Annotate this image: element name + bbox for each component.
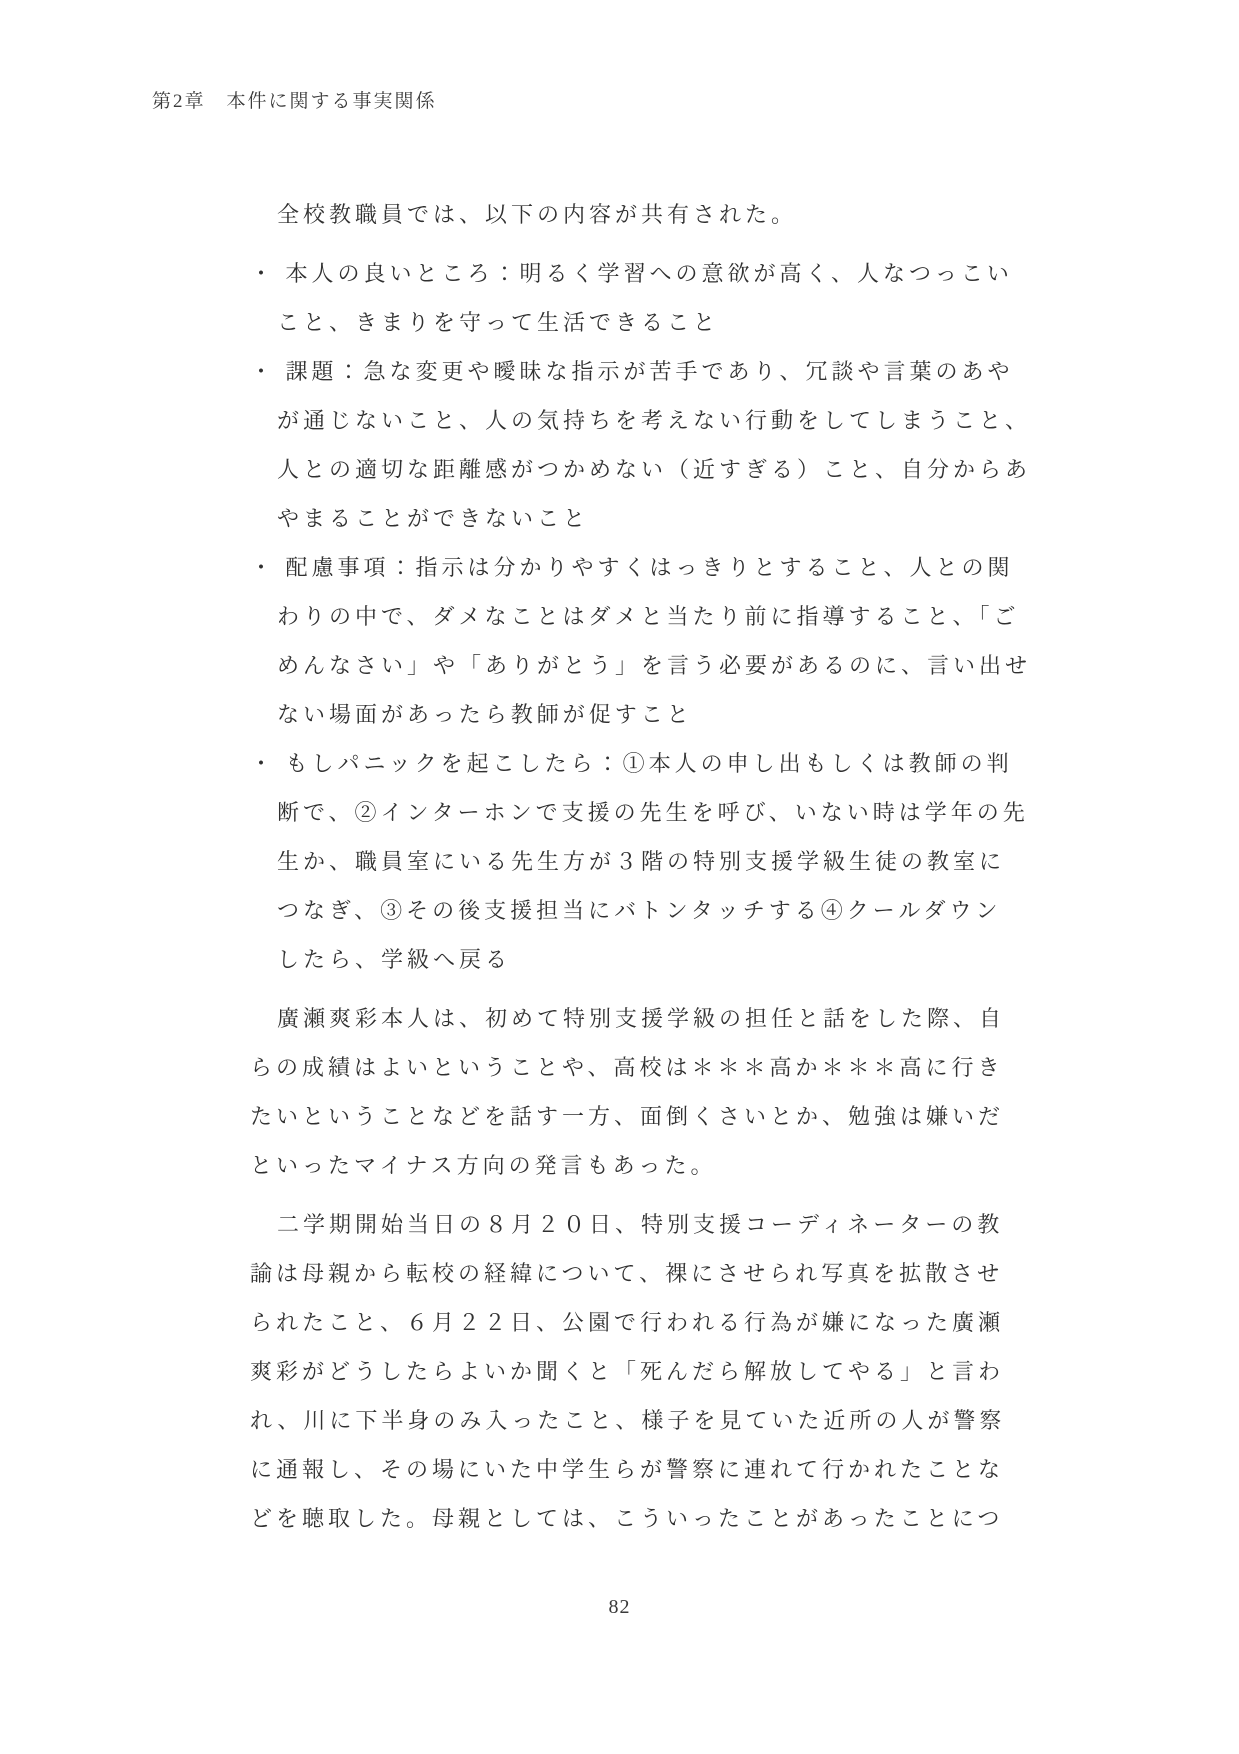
text-line: 爽彩がどうしたらよいか聞くと「死んだら解放してやる」と言わ bbox=[250, 1347, 1025, 1396]
text-line: といったマイナス方向の発言もあった。 bbox=[250, 1141, 1025, 1190]
bullet-item-line: したら、学級へ戻る bbox=[277, 935, 1025, 984]
body-text: 全校教職員では、以下の内容が共有された。 ・ 本人の良いところ：明るく学習への意… bbox=[250, 190, 1025, 1543]
bullet-item-line: ない場面があったら教師が促すこと bbox=[277, 690, 1025, 739]
paragraph-intro: 全校教職員では、以下の内容が共有された。 bbox=[250, 190, 1025, 239]
paragraph-interview: 廣瀬爽彩本人は、初めて特別支援学級の担任と話をした際、自 らの成績はよいというこ… bbox=[250, 994, 1025, 1190]
text-line: 二学期開始当日の８月２０日、特別支援コーディネーターの教 bbox=[277, 1200, 1025, 1249]
document-page: 第2章 本件に関する事実関係 全校教職員では、以下の内容が共有された。 ・ 本人… bbox=[0, 0, 1239, 1754]
text-line: どを聴取した。母親としては、こういったことがあったことにつ bbox=[250, 1494, 1025, 1543]
bullet-item-line: こと、きまりを守って生活できること bbox=[277, 298, 1025, 347]
text-line: れ、川に下半身のみ入ったこと、様子を見ていた近所の人が警察 bbox=[250, 1396, 1025, 1445]
bullet-item-line: やまることができないこと bbox=[277, 494, 1025, 543]
text-line: られたこと、６月２２日、公園で行われる行為が嫌になった廣瀬 bbox=[250, 1298, 1025, 1347]
bullet-item-line: つなぎ、③その後支援担当にバトンタッチする④クールダウン bbox=[277, 886, 1025, 935]
text-line: 全校教職員では、以下の内容が共有された。 bbox=[277, 190, 1025, 239]
bullet-item-line: わりの中で、ダメなことはダメと当たり前に指導すること、「ご bbox=[277, 592, 1025, 641]
text-line: 諭は母親から転校の経緯について、裸にさせられ写真を拡散させ bbox=[250, 1249, 1025, 1298]
chapter-header: 第2章 本件に関する事実関係 bbox=[152, 86, 437, 113]
bullet-item-line: 生か、職員室にいる先生方が３階の特別支援学級生徒の教室に bbox=[277, 837, 1025, 886]
bullet-item-line: 人との適切な距離感がつかめない（近すぎる）こと、自分からあ bbox=[277, 445, 1025, 494]
bullet-item-line: めんなさい」や「ありがとう」を言う必要があるのに、言い出せ bbox=[277, 641, 1025, 690]
text-line: らの成績はよいということや、高校は＊＊＊高か＊＊＊高に行き bbox=[250, 1043, 1025, 1092]
bullet-item-line: が通じないこと、人の気持ちを考えない行動をしてしまうこと、 bbox=[277, 396, 1025, 445]
bullet-item-line: 断で、②インターホンで支援の先生を呼び、いない時は学年の先 bbox=[277, 788, 1025, 837]
text-line: たいということなどを話す一方、面倒くさいとか、勉強は嫌いだ bbox=[250, 1092, 1025, 1141]
text-line: に通報し、その場にいた中学生らが警察に連れて行かれたことな bbox=[250, 1445, 1025, 1494]
page-number: 82 bbox=[0, 1596, 1239, 1619]
bullet-list: ・ 本人の良いところ：明るく学習への意欲が高く、人なつっこい こと、きまりを守っ… bbox=[250, 249, 1025, 984]
bullet-item-line: ・ 配慮事項：指示は分かりやすくはっきりとすること、人との関 bbox=[250, 543, 1025, 592]
paragraph-second-term: 二学期開始当日の８月２０日、特別支援コーディネーターの教 諭は母親から転校の経緯… bbox=[250, 1200, 1025, 1543]
bullet-item-line: ・ 本人の良いところ：明るく学習への意欲が高く、人なつっこい bbox=[250, 249, 1025, 298]
bullet-item-line: ・ 課題：急な変更や曖昧な指示が苦手であり、冗談や言葉のあや bbox=[250, 347, 1025, 396]
text-line: 廣瀬爽彩本人は、初めて特別支援学級の担任と話をした際、自 bbox=[277, 994, 1025, 1043]
bullet-item-line: ・ もしパニックを起こしたら：①本人の申し出もしくは教師の判 bbox=[250, 739, 1025, 788]
